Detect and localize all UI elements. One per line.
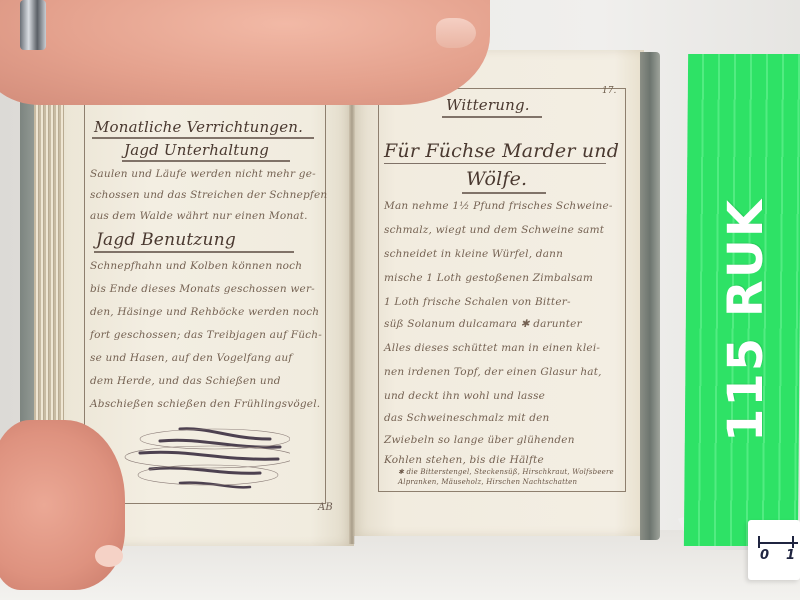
underline [462, 192, 546, 194]
left-heading-3: Jagd Benutzung [96, 230, 236, 250]
calligraphic-flourish [120, 425, 290, 500]
right-body-line: schmalz, wiegt und dem Schweine samt [384, 224, 604, 236]
scale-start-label: 0 [760, 548, 769, 563]
left-body-line: Abschießen schießen den Frühlingsvögel. [90, 398, 320, 410]
right-body-line: nen irdenen Topf, der einen Glasur hat, [384, 366, 602, 378]
left-body-line: bis Ende dieses Monats geschossen wer- [90, 283, 315, 295]
scale-marker: 0 1 [748, 520, 800, 580]
footnote-line: ✱ die Bitterstengel, Steckensüß, Hirschk… [398, 468, 614, 476]
photo-scene: 16. Winterverrichtungen. Monatliche Verr… [0, 0, 800, 600]
underline [442, 116, 542, 118]
hand-top [0, 0, 490, 105]
catalog-tag-label: 115 RUK [716, 170, 776, 470]
left-body-line: fort geschossen; das Treibjagen auf Füch… [90, 329, 322, 341]
fingernail [95, 545, 123, 567]
left-body-line: dem Herde, und das Schießen und [90, 375, 281, 387]
left-heading-2: Jagd Unterhaltung [124, 141, 269, 159]
left-body-line: Saulen und Läufe werden nicht mehr ge- [90, 168, 316, 180]
right-body-line: das Schweineschmalz mit den [384, 412, 550, 424]
left-body-line: Schnepfhahn und Kolben können noch [90, 260, 302, 272]
right-body-line: mische 1 Loth gestoßenen Zimbalsam [384, 272, 593, 284]
watch-band [20, 0, 46, 50]
underline [122, 160, 290, 162]
thumbnail [436, 18, 476, 48]
right-body-line: schneidet in kleine Würfel, dann [384, 248, 563, 260]
right-body-line: Man nehme 1½ Pfund frisches Schweine- [384, 200, 613, 212]
right-body-line: Zwiebeln so lange über glühenden [384, 434, 575, 446]
left-body-line: aus dem Walde währt nur einen Monat. [90, 210, 308, 222]
left-body-line: den, Häsinge und Rehböcke werden noch [90, 306, 319, 318]
right-body-line: und deckt ihn wohl und lasse [384, 390, 545, 402]
scale-tick [758, 536, 760, 548]
footnote-line: Alpranken, Mäuseholz, Hirschen Nachtscha… [398, 478, 577, 486]
underline [94, 251, 294, 253]
right-body-line: Alles dieses schüttet man in einen klei- [384, 342, 600, 354]
left-body-line: se und Hasen, auf den Vogelfang auf [90, 352, 292, 364]
underline [384, 163, 606, 164]
right-body-line: süß Solanum dulcamara ✱ darunter [384, 318, 582, 330]
right-heading-3: Wölfe. [466, 168, 527, 190]
book-gutter [349, 52, 355, 544]
signature-mark: AB [318, 502, 333, 513]
right-heading-1: Witterung. [446, 96, 530, 114]
book-cover-right [640, 52, 660, 540]
right-heading-2: Für Füchse Marder und [384, 140, 619, 162]
left-body-line: schossen und das Streichen der Schnepfen [90, 189, 327, 201]
scale-tick [792, 536, 794, 548]
underline [92, 137, 314, 139]
right-body-line: 1 Loth frische Schalen von Bitter- [384, 296, 571, 308]
left-heading-1: Monatliche Verrichtungen. [94, 118, 303, 136]
right-body-line: Kohlen stehen, bis die Hälfte [384, 454, 544, 466]
scale-end-label: 1 [786, 548, 795, 563]
right-page-number: 17. [602, 86, 616, 96]
